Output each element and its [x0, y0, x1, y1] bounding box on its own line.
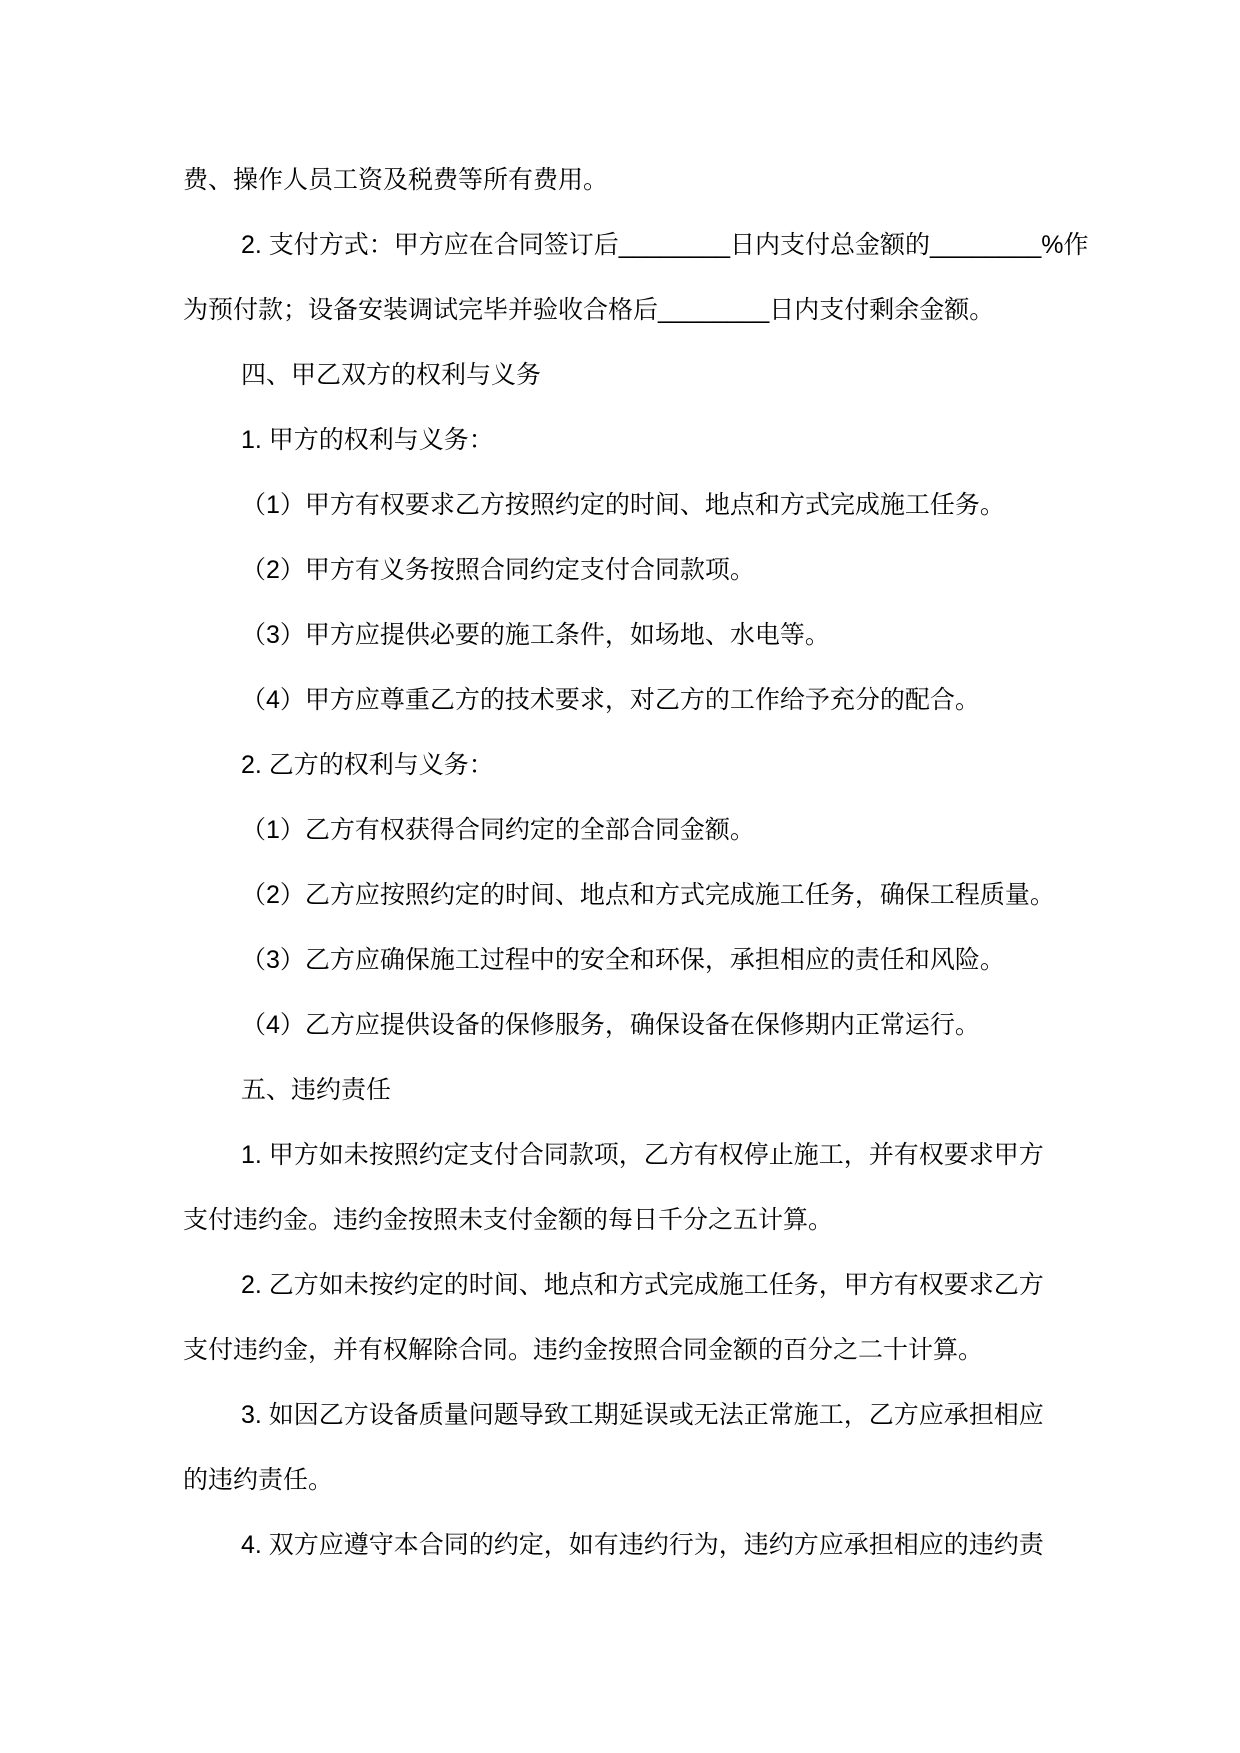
text-line: （4）乙方应提供设备的保修服务，确保设备在保修期内正常运行。: [183, 993, 1070, 1058]
text-line: 3. 如因乙方设备质量问题导致工期延误或无法正常施工，乙方应承担相应: [183, 1383, 1070, 1448]
text-line: （2）甲方有义务按照合同约定支付合同款项。: [183, 538, 1070, 603]
text-line: 1. 甲方的权利与义务：: [183, 408, 1070, 473]
text-line: 四、甲乙双方的权利与义务: [183, 343, 1070, 408]
text-line: 支付违约金，并有权解除合同。违约金按照合同金额的百分之二十计算。: [183, 1318, 1070, 1383]
text-line: （3）甲方应提供必要的施工条件，如场地、水电等。: [183, 603, 1070, 668]
text-line: 2. 支付方式：甲方应在合同签订后________日内支付总金额的_______…: [183, 213, 1070, 278]
text-line: 1. 甲方如未按照约定支付合同款项，乙方有权停止施工，并有权要求甲方: [183, 1123, 1070, 1188]
text-line: （3）乙方应确保施工过程中的安全和环保，承担相应的责任和风险。: [183, 928, 1070, 993]
text-line: 五、违约责任: [183, 1058, 1070, 1123]
text-line: 费、操作人员工资及税费等所有费用。: [183, 148, 1070, 213]
text-line: （1）乙方有权获得合同约定的全部合同金额。: [183, 798, 1070, 863]
text-line: 的违约责任。: [183, 1448, 1070, 1513]
text-line: （2）乙方应按照约定的时间、地点和方式完成施工任务，确保工程质量。: [183, 863, 1070, 928]
text-line: 4. 双方应遵守本合同的约定，如有违约行为，违约方应承担相应的违约责: [183, 1513, 1070, 1578]
text-line: 2. 乙方的权利与义务：: [183, 733, 1070, 798]
document-page: 费、操作人员工资及税费等所有费用。2. 支付方式：甲方应在合同签订后______…: [0, 0, 1240, 1753]
text-line: 2. 乙方如未按约定的时间、地点和方式完成施工任务，甲方有权要求乙方: [183, 1253, 1070, 1318]
text-line: （4）甲方应尊重乙方的技术要求，对乙方的工作给予充分的配合。: [183, 668, 1070, 733]
text-line: 为预付款；设备安装调试完毕并验收合格后________日内支付剩余金额。: [183, 278, 1070, 343]
document-body: 费、操作人员工资及税费等所有费用。2. 支付方式：甲方应在合同签订后______…: [0, 0, 1240, 1578]
text-line: （1）甲方有权要求乙方按照约定的时间、地点和方式完成施工任务。: [183, 473, 1070, 538]
text-line: 支付违约金。违约金按照未支付金额的每日千分之五计算。: [183, 1188, 1070, 1253]
